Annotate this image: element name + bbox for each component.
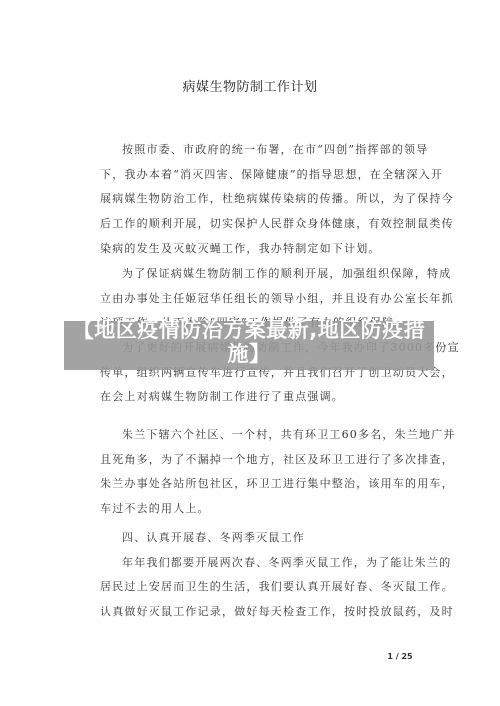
paragraph-line: 为了保证病媒生物防制工作的顺利开展，加强组织保障，特成 <box>100 262 430 287</box>
document-title: 病媒生物防制工作计划 <box>0 76 500 95</box>
paragraph-line: 立由办事处主任姬冠华任组长的领导小组，并且设有办公室长年抓 <box>100 287 430 312</box>
paragraph-line: 按照市委、市政府的统一布署，在市“四创”指挥部的领导 <box>100 138 430 163</box>
paragraph-line: 四、认真开展春、冬两季灭鼠工作 <box>100 526 430 551</box>
paragraph-line: 朱兰办事处各站所包社区，环卫工进行集中整治，该用车的用车， <box>100 472 430 497</box>
paragraph-line: 展病媒生物防治工作，杜绝病媒传染病的传播。所以，为了保持今 <box>100 187 430 212</box>
paragraph: 四、认真开展春、冬两季灭鼠工作年年我们都要开展两次春、冬两季灭鼠工作，为了能让朱… <box>100 526 430 625</box>
paragraph-line: 年年我们都要开展两次春、冬两季灭鼠工作，为了能让朱兰的 <box>100 551 430 576</box>
paragraph-line: 认真做好灭鼠工作记录，做好每天检查工作，按时投放鼠药，及时 <box>100 600 430 625</box>
paragraph: 按照市委、市政府的统一布署，在市“四创”指挥部的领导下，我办本着“消灭四害、保障… <box>100 138 430 261</box>
paragraph-line: 在会上对病媒生物防制工作进行了重点强调。 <box>100 385 430 410</box>
paragraph-line: 后工作的顺利开展，切实保护人民群众身体健康，有效控制鼠类传 <box>100 212 430 237</box>
paragraph-line: 车过不去的用人上。 <box>100 497 430 522</box>
paragraph-line: 朱兰下辖六个社区、一个村，共有环卫工60多名，朱兰地广并 <box>100 423 430 448</box>
paragraph-line: 居民过上安居而卫生的生活，我们要认真开展好春、冬灭鼠工作。 <box>100 575 430 600</box>
paragraph-line: 下，我办本着“消灭四害、保障健康”的指导思想，在全辖深入开 <box>100 163 430 188</box>
banner-title[interactable]: 【地区疫情防治方案最新,地区防疫措施】 <box>64 318 434 366</box>
page-number: 1 / 25 <box>380 652 420 661</box>
paragraph-line: 且死角多，为了不漏掉一个地方，社区及环卫工进行了多次排查， <box>100 448 430 473</box>
paragraph: 朱兰下辖六个社区、一个村，共有环卫工60多名，朱兰地广并且死角多，为了不漏掉一个… <box>100 423 430 522</box>
paragraph-line: 染病的发生及灭蚊灭蝇工作，我办特制定如下计划。 <box>100 237 430 262</box>
